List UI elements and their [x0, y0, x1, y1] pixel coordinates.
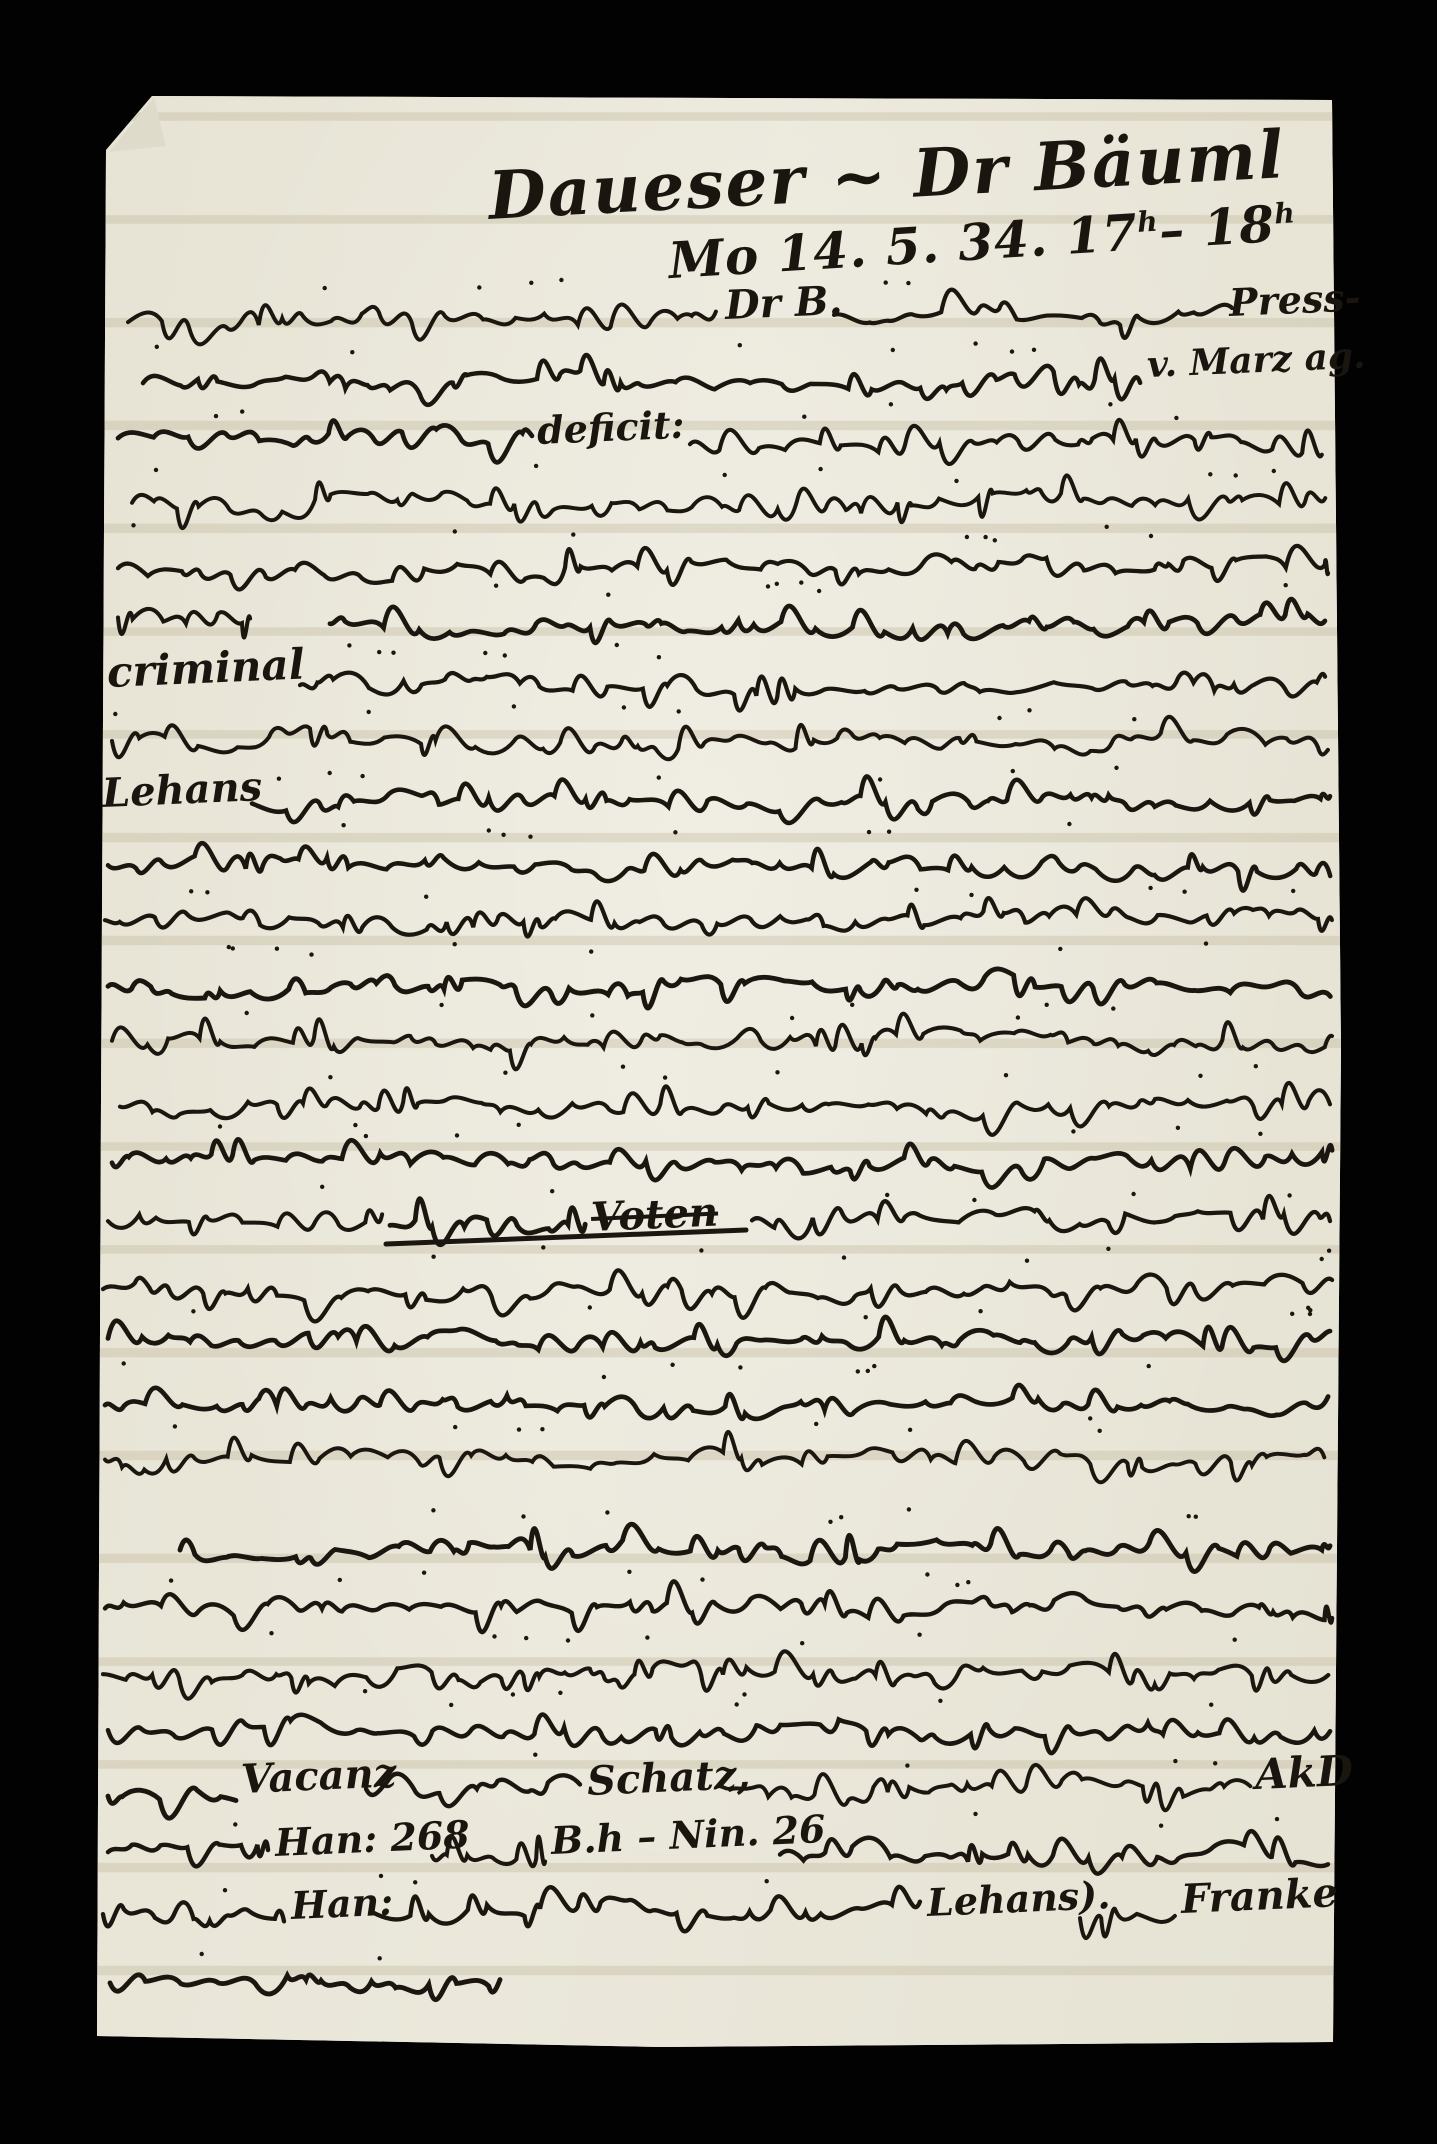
diacritic-dot	[277, 777, 281, 781]
diacritic-dot	[1131, 1192, 1135, 1196]
diacritic-dot	[1025, 1259, 1029, 1263]
diacritic-dot	[227, 945, 231, 949]
diacritic-dot	[1098, 1429, 1102, 1433]
shorthand-line	[112, 1139, 1332, 1187]
diacritic-dot	[347, 643, 351, 647]
diacritic-dot	[529, 281, 533, 285]
diacritic-dot	[169, 1578, 173, 1582]
diacritic-dot	[657, 655, 661, 659]
shorthand-line	[112, 717, 1328, 759]
diacritic-dot	[972, 1198, 976, 1202]
shorthand-line	[108, 969, 1330, 1008]
diacritic-dot	[1032, 348, 1036, 352]
shorthand-line	[690, 420, 1322, 464]
diacritic-dot	[993, 538, 997, 542]
shorthand-line	[432, 1837, 545, 1867]
diacritic-dot	[983, 535, 987, 539]
diacritic-dot	[997, 716, 1001, 720]
diacritic-dot	[323, 286, 327, 290]
diacritic-dot	[503, 1071, 507, 1075]
diacritic-dot	[954, 479, 958, 483]
diacritic-dot	[1106, 1247, 1110, 1251]
diacritic-dot	[494, 584, 498, 588]
shorthand-line	[108, 843, 1330, 890]
shorthand-line	[105, 1385, 1328, 1419]
diacritic-dot	[501, 833, 505, 837]
diacritic-dot	[512, 704, 516, 708]
diacritic-dot	[155, 345, 159, 349]
shorthand-line	[180, 1524, 1330, 1571]
shorthand-line	[752, 1196, 1330, 1238]
diacritic-dot	[907, 1507, 911, 1511]
diacritic-dot	[534, 464, 538, 468]
diacritic-dot	[973, 341, 977, 345]
diacritic-dot	[589, 949, 593, 953]
diacritic-dot	[663, 1075, 667, 1079]
diacritic-dot	[615, 643, 619, 647]
diacritic-dot	[517, 1427, 521, 1431]
shorthand-line	[132, 475, 1325, 528]
shorthand-line	[105, 1581, 1332, 1632]
diacritic-dot	[189, 889, 193, 893]
diacritic-dot	[602, 1375, 606, 1379]
diacritic-dot	[627, 1570, 631, 1574]
diacritic-dot	[955, 1583, 959, 1587]
diacritic-dot	[1016, 1015, 1020, 1019]
diacritic-dot	[1088, 1416, 1092, 1420]
diacritic-dot	[131, 523, 135, 527]
diacritic-dot	[1159, 1824, 1163, 1828]
diacritic-dot	[240, 409, 244, 413]
diacritic-dot	[173, 1424, 177, 1428]
shorthand-line	[118, 421, 532, 463]
diacritic-dot	[775, 1070, 779, 1074]
diacritic-dot	[1058, 947, 1062, 951]
shorthand-ink-layer	[0, 0, 1437, 2144]
shorthand-line	[108, 1317, 1330, 1361]
diacritic-dot	[906, 281, 910, 285]
diacritic-dot	[341, 823, 345, 827]
diacritic-dot	[590, 1013, 594, 1017]
shorthand-line	[128, 304, 716, 344]
diacritic-dot	[391, 651, 395, 655]
shorthand-line	[103, 1270, 1332, 1321]
shorthand-line	[110, 1975, 500, 2000]
diacritic-dot	[223, 1888, 227, 1892]
shorthand-line	[118, 609, 250, 638]
diacritic-dot	[309, 952, 313, 956]
diacritic-dot	[492, 1634, 496, 1638]
diacritic-dot	[269, 1631, 273, 1635]
diacritic-dot	[1027, 708, 1031, 712]
diacritic-dot	[214, 414, 218, 418]
diacritic-dot	[1071, 1129, 1075, 1133]
diacritic-dot	[925, 1572, 929, 1576]
diacritic-dot	[413, 1880, 417, 1884]
diacritic-dot	[938, 1699, 942, 1703]
diacritic-dot	[439, 1003, 443, 1007]
shorthand-line	[1080, 1909, 1175, 1938]
shorthand-line	[108, 1210, 382, 1234]
diacritic-dot	[1148, 886, 1152, 890]
diacritic-dot	[606, 593, 610, 597]
diacritic-dot	[842, 1255, 846, 1259]
photo-background: Daueser ~ Dr Bäuml Mo 14. 5. 34. 17h– 18…	[0, 0, 1437, 2144]
diacritic-dot	[885, 1193, 889, 1197]
diacritic-dot	[891, 348, 895, 352]
diacritic-dot	[379, 1874, 383, 1878]
diacritic-dot	[320, 1185, 324, 1189]
diacritic-dot	[700, 1577, 704, 1581]
diacritic-dot	[338, 1578, 342, 1582]
diacritic-dot	[511, 1692, 515, 1696]
diacritic-dot	[455, 1133, 459, 1137]
diacritic-dot	[1174, 416, 1178, 420]
diacritic-dot	[799, 580, 803, 584]
diacritic-dot	[1272, 469, 1276, 473]
diacritic-dot	[850, 1003, 854, 1007]
diacritic-dot	[453, 942, 457, 946]
diacritic-dot	[673, 830, 677, 834]
shorthand-line	[366, 1774, 580, 1806]
diacritic-dot	[1011, 769, 1015, 773]
diacritic-dot	[765, 1879, 769, 1883]
diacritic-dot	[550, 1189, 554, 1193]
diacritic-dot	[802, 415, 806, 419]
diacritic-dot	[350, 350, 354, 354]
diacritic-dot	[677, 709, 681, 713]
diacritic-dot	[969, 893, 973, 897]
diacritic-dot	[521, 1514, 525, 1518]
diacritic-dot	[422, 1571, 426, 1575]
diacritic-dot	[1233, 1638, 1237, 1642]
diacritic-dot	[566, 1638, 570, 1642]
diacritic-dot	[775, 582, 779, 586]
diacritic-dot	[503, 653, 507, 657]
diacritic-dot	[328, 1075, 332, 1079]
diacritic-dot	[866, 1369, 870, 1373]
diacritic-dot	[122, 1361, 126, 1365]
diacritic-dot	[205, 890, 209, 894]
diacritic-dot	[113, 712, 117, 716]
diacritic-dot	[231, 946, 235, 950]
diacritic-dot	[605, 1510, 609, 1514]
shorthand-line	[112, 1014, 1332, 1070]
diacritic-dot	[517, 1123, 521, 1127]
diacritic-dot	[453, 529, 457, 533]
diacritic-dot	[884, 280, 888, 284]
diacritic-dot	[533, 1753, 537, 1757]
diacritic-dot	[360, 774, 364, 778]
diacritic-dot	[477, 285, 481, 289]
diacritic-dot	[1287, 1193, 1291, 1197]
diacritic-dot	[1114, 766, 1118, 770]
diacritic-dot	[905, 1763, 909, 1767]
shorthand-line	[834, 290, 1232, 338]
shorthand-line	[252, 776, 1330, 822]
diacritic-dot	[275, 947, 279, 951]
diacritic-dot	[431, 1255, 435, 1259]
shorthand-line	[118, 546, 1328, 590]
shorthand-line	[105, 898, 1332, 937]
diacritic-dot	[966, 1580, 970, 1584]
diacritic-dot	[1291, 889, 1295, 893]
diacritic-dot	[978, 1309, 982, 1313]
diacritic-dot	[1149, 534, 1153, 538]
diacritic-dot	[1105, 525, 1109, 529]
diacritic-dot	[766, 584, 770, 588]
diacritic-dot	[800, 1641, 804, 1645]
diacritic-dot	[828, 1520, 832, 1524]
diacritic-dot	[364, 1134, 368, 1138]
diacritic-dot	[1173, 1759, 1177, 1763]
diacritic-dot	[487, 828, 491, 832]
diacritic-dot	[1234, 473, 1238, 477]
diacritic-dot	[540, 1427, 544, 1431]
diacritic-dot	[1308, 1312, 1312, 1316]
diacritic-dot	[1327, 1249, 1331, 1253]
diacritic-dot	[738, 1365, 742, 1369]
shorthand-line	[143, 355, 1140, 405]
diacritic-dot	[558, 1691, 562, 1695]
diacritic-dot	[1204, 941, 1208, 945]
diacritic-dot	[738, 343, 742, 347]
diacritic-dot	[559, 278, 563, 282]
diacritic-dot	[218, 1124, 222, 1128]
diacritic-dot	[908, 1428, 912, 1432]
shorthand-line	[330, 599, 1325, 643]
shorthand-line	[103, 1902, 284, 1926]
diacritic-dot	[200, 1952, 204, 1956]
diacritic-dot	[699, 1248, 703, 1252]
diacritic-dot	[1182, 890, 1186, 894]
diacritic-dot	[1254, 1064, 1258, 1068]
diacritic-dot	[424, 895, 428, 899]
diacritic-dot	[839, 1515, 843, 1519]
diacritic-dot	[735, 1702, 739, 1706]
diacritic-dot	[1213, 1761, 1217, 1765]
strikethrough-line	[386, 1230, 746, 1244]
diacritic-dot	[622, 705, 626, 709]
diacritic-dot	[1067, 822, 1071, 826]
shorthand-line	[120, 1083, 1330, 1135]
diacritic-dot	[1306, 1306, 1310, 1310]
diacritic-dot	[233, 1822, 237, 1826]
shorthand-line	[108, 1842, 268, 1867]
diacritic-dot	[723, 473, 727, 477]
diacritic-dot	[645, 1635, 649, 1639]
diacritic-dot	[571, 532, 575, 536]
diacritic-dot	[431, 1508, 435, 1512]
diacritic-dot	[1111, 1006, 1115, 1010]
diacritic-dot	[817, 589, 821, 593]
diacritic-dot	[377, 650, 381, 654]
diacritic-dot	[864, 1315, 868, 1319]
diacritic-dot	[1147, 1364, 1151, 1368]
diacritic-dot	[657, 775, 661, 779]
diacritic-dot	[1208, 472, 1212, 476]
diacritic-dot	[363, 1689, 367, 1693]
diacritic-dot	[1198, 1074, 1202, 1078]
diacritic-dot	[917, 1633, 921, 1637]
diacritic-dot	[353, 1123, 357, 1127]
diacritic-dot	[872, 1364, 876, 1368]
diacritic-dot	[621, 1065, 625, 1069]
diacritic-dot	[1275, 1817, 1279, 1821]
diacritic-dot	[887, 830, 891, 834]
diacritic-dot	[878, 777, 882, 781]
diacritic-dot	[1010, 349, 1014, 353]
diacritic-dot	[867, 830, 871, 834]
diacritic-dot	[914, 888, 918, 892]
shorthand-line	[108, 1788, 236, 1818]
diacritic-dot	[1045, 1003, 1049, 1007]
diacritic-dot	[670, 1363, 674, 1367]
diacritic-dot	[245, 1011, 249, 1015]
diacritic-dot	[524, 1636, 528, 1640]
shorthand-line	[300, 673, 1325, 711]
diacritic-dot	[1320, 1257, 1324, 1261]
diacritic-dot	[367, 710, 371, 714]
diacritic-dot	[483, 651, 487, 655]
diacritic-dot	[1290, 1312, 1294, 1316]
diacritic-dot	[1004, 1073, 1008, 1077]
diacritic-dot	[1209, 1703, 1213, 1707]
diacritic-dot	[814, 1422, 818, 1426]
diacritic-dot	[818, 467, 822, 471]
diacritic-dot	[328, 771, 332, 775]
diacritic-dot	[541, 1245, 545, 1249]
diacritic-dot	[453, 1425, 457, 1429]
diacritic-dot	[1194, 1515, 1198, 1519]
shorthand-line	[730, 1765, 1250, 1810]
shorthand-line	[103, 1651, 1328, 1698]
diacritic-dot	[191, 1309, 195, 1313]
diacritic-dot	[1108, 402, 1112, 406]
shorthand-line	[780, 1831, 1328, 1874]
diacritic-dot	[1176, 1126, 1180, 1130]
diacritic-dot	[742, 1692, 746, 1696]
diacritic-dot	[588, 1305, 592, 1309]
diacritic-dot	[1132, 717, 1136, 721]
diacritic-dot	[889, 402, 893, 406]
diacritic-dot	[449, 1703, 453, 1707]
shorthand-line	[372, 1887, 920, 1931]
shorthand-line	[105, 1432, 1324, 1482]
diacritic-dot	[790, 1016, 794, 1020]
diacritic-dot	[1284, 583, 1288, 587]
diacritic-dot	[965, 535, 969, 539]
diacritic-dot	[973, 1812, 977, 1816]
diacritic-dot	[378, 1956, 382, 1960]
diacritic-dot	[1187, 1514, 1191, 1518]
shorthand-line	[108, 1715, 1330, 1754]
diacritic-dot	[154, 468, 158, 472]
diacritic-dot	[1258, 1132, 1262, 1136]
diacritic-dot	[856, 1369, 860, 1373]
diacritic-dot	[528, 835, 532, 839]
